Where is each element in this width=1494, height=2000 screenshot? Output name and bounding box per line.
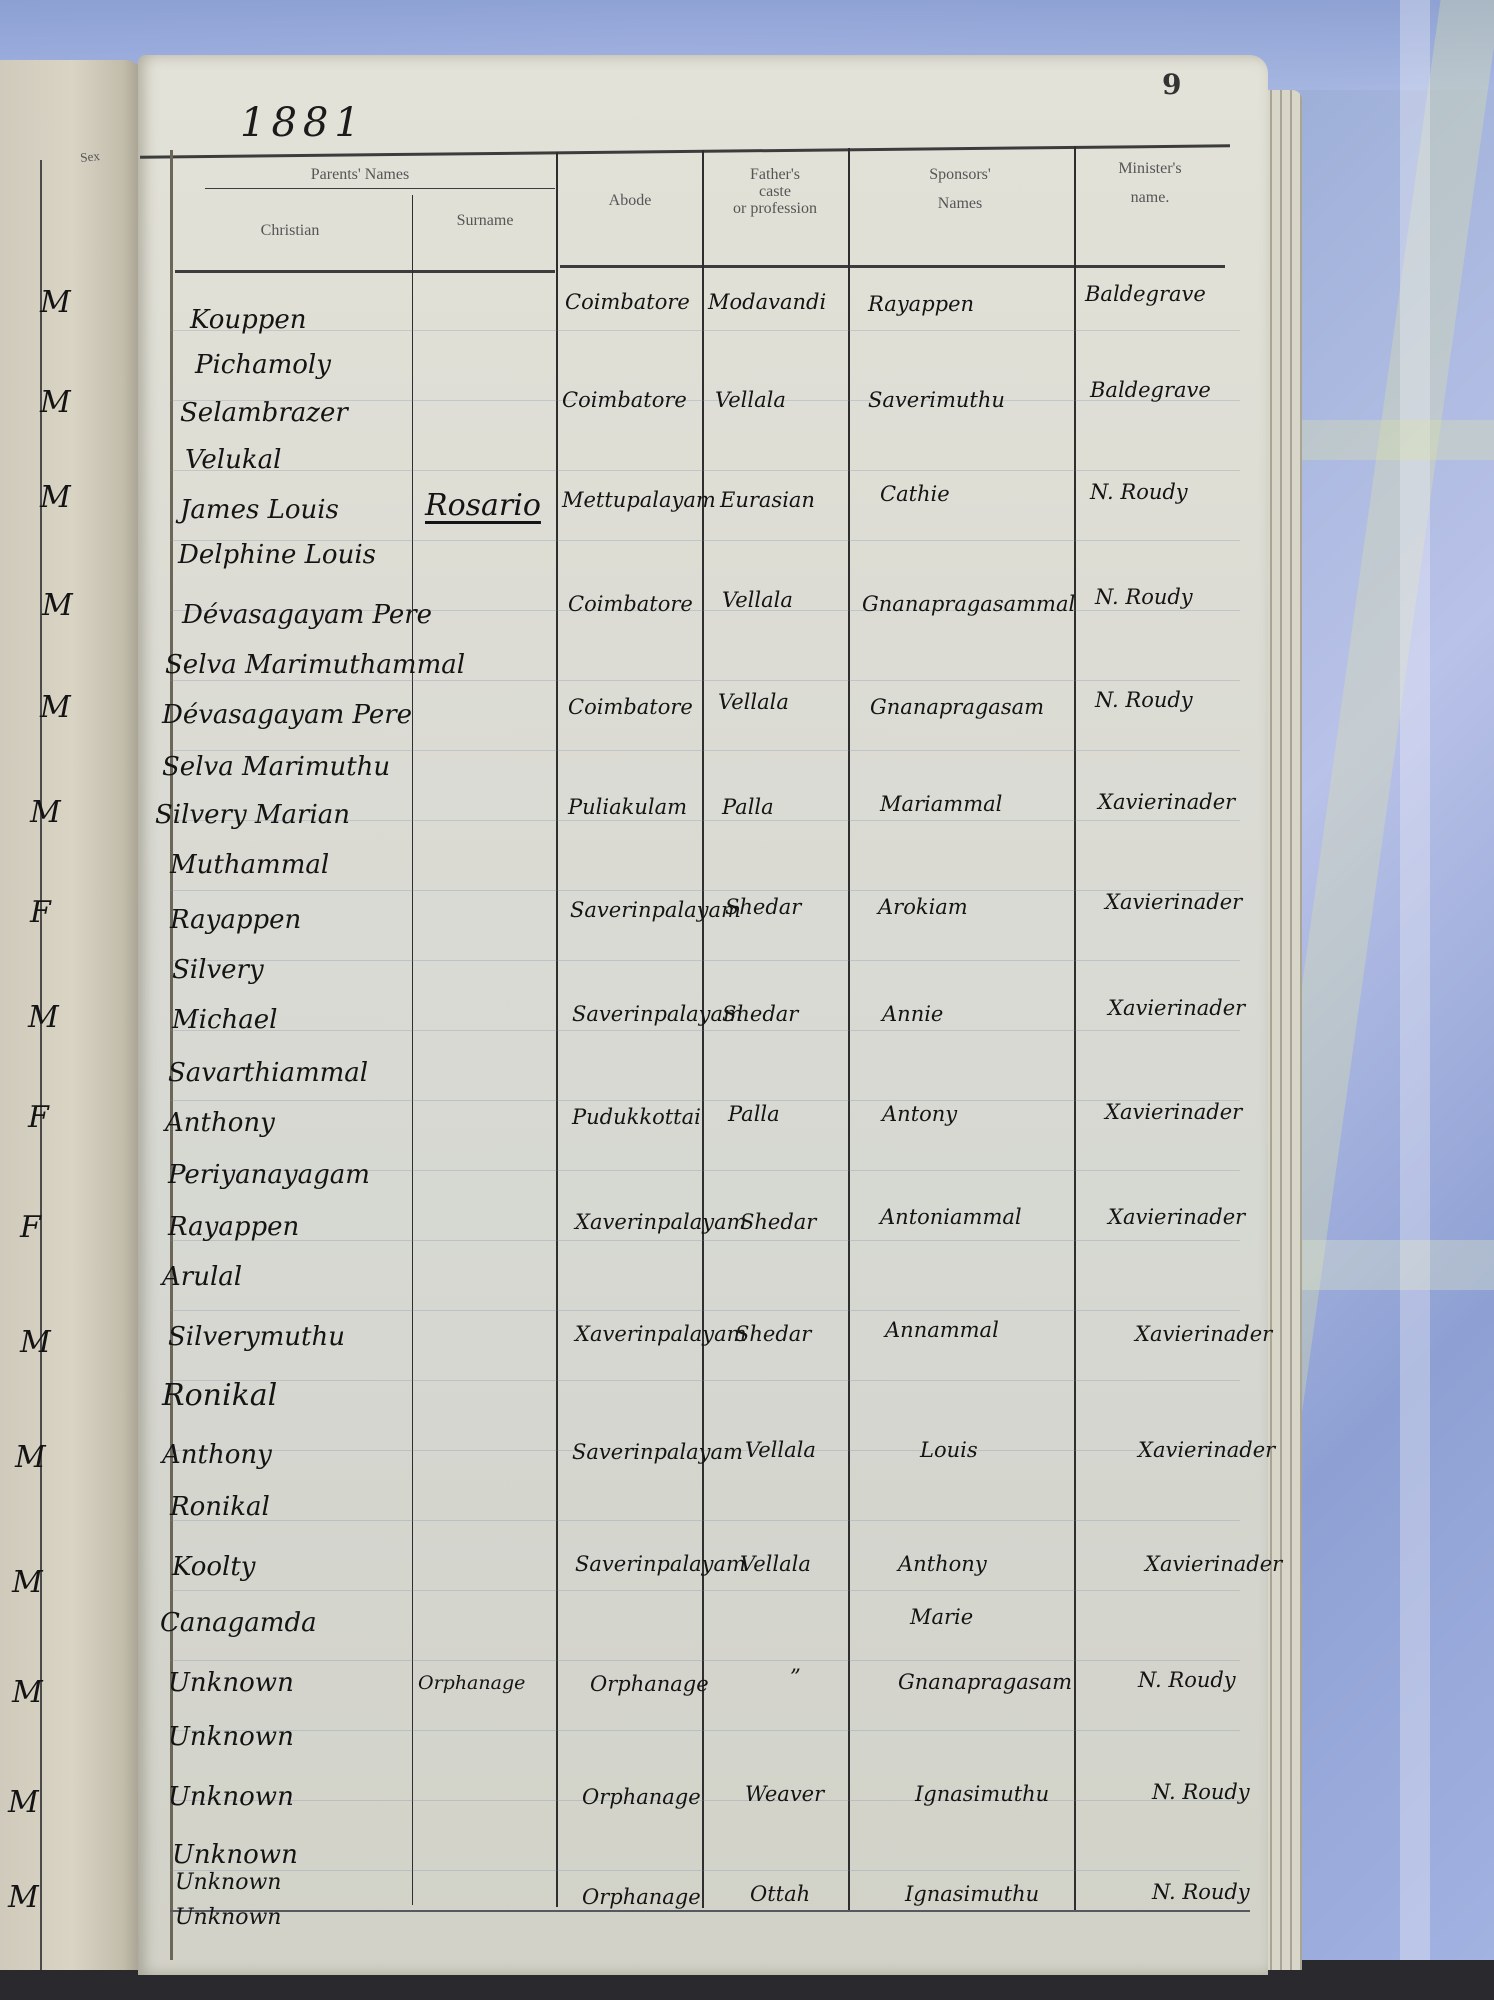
abode: Saverinpalayam	[572, 1440, 743, 1464]
mother-name: Silvery	[172, 955, 264, 985]
fathers-caste-header-line: caste	[705, 183, 845, 200]
sex-mark: M	[40, 385, 71, 420]
ledger-line	[170, 330, 1240, 331]
sex-mark: M	[42, 588, 73, 623]
ledger-line	[170, 1380, 1240, 1381]
sponsor: Louis	[920, 1438, 978, 1462]
minister: N. Roudy	[1095, 585, 1193, 609]
mother-name: Ronikal	[162, 1378, 277, 1413]
column-rule	[848, 148, 850, 1910]
mother-name: Unknown	[175, 1905, 281, 1930]
sex-header: Sex	[69, 146, 111, 167]
column-rule	[1074, 146, 1076, 1910]
caste: Vellala	[745, 1438, 816, 1462]
page-bottom-rule	[170, 1910, 1250, 1912]
sponsor-second: Marie	[910, 1605, 973, 1629]
father-name: Michael	[172, 1005, 277, 1035]
sex-mark: M	[30, 795, 61, 830]
tablecloth-stripe	[1400, 0, 1430, 2000]
parents-subheader-rule	[205, 188, 555, 189]
father-name: Koolty	[172, 1552, 255, 1582]
minister: N. Roudy	[1152, 1780, 1250, 1804]
sex-mark: M	[12, 1565, 43, 1600]
parents-names-header: Parents' Names	[250, 166, 470, 183]
minister: Xavierinader	[1098, 790, 1235, 814]
ledger-line	[170, 1870, 1240, 1871]
mother-name: Ronikal	[170, 1492, 270, 1522]
caste: Weaver	[745, 1782, 824, 1806]
ledger-line	[170, 470, 1240, 471]
sex-mark: M	[8, 1880, 39, 1915]
minister-header-line: name.	[1075, 189, 1225, 206]
sex-mark: M	[40, 690, 71, 725]
ledger-line	[170, 1030, 1240, 1031]
sex-mark: F	[30, 895, 51, 930]
caste: Palla	[728, 1102, 780, 1126]
abode: Orphanage	[582, 1885, 701, 1909]
abode: Coimbatore	[568, 695, 693, 719]
caste: Vellala	[718, 690, 789, 714]
page-number: 9	[1162, 68, 1181, 101]
surname: Rosario	[425, 488, 541, 523]
surname: Orphanage	[418, 1672, 525, 1694]
father-name: Selambrazer	[180, 398, 348, 428]
mother-name: Periyanayagam	[168, 1160, 370, 1190]
sex-mark: M	[8, 1785, 39, 1820]
abode: Saverinpalayam	[570, 898, 741, 922]
sex-mark: M	[28, 1000, 59, 1035]
surname-header: Surname	[415, 212, 555, 229]
minister: N. Roudy	[1138, 1668, 1236, 1692]
father-name: Silverymuthu	[168, 1322, 345, 1352]
father-name: Anthony	[162, 1440, 272, 1470]
year-heading: 1881	[240, 100, 366, 146]
caste: Shedar	[740, 1210, 816, 1234]
minister: N. Roudy	[1152, 1880, 1250, 1904]
header-bottom-rule	[560, 265, 1225, 268]
ledger-line	[170, 1660, 1240, 1661]
sponsor: Gnanapragasam	[870, 695, 1044, 719]
sponsor: Gnanapragasammal	[862, 592, 1075, 616]
sex-mark: M	[20, 1325, 51, 1360]
minister: Xavierinader	[1105, 890, 1242, 914]
abode: Coimbatore	[568, 592, 693, 616]
mother-name: Savarthiammal	[168, 1058, 368, 1088]
ledger-line	[170, 1240, 1240, 1241]
header-bottom-rule	[175, 270, 555, 273]
abode: Puliakulam	[568, 795, 687, 819]
caste: Palla	[722, 795, 774, 819]
abode: Coimbatore	[562, 388, 687, 412]
caste: Modavandi	[708, 290, 826, 314]
minister: Baldegrave	[1085, 282, 1206, 306]
sponsor: Anthony	[898, 1552, 987, 1576]
christian-header: Christian	[170, 222, 410, 239]
sponsor: Gnanapragasam	[898, 1670, 1072, 1694]
sex-mark: M	[40, 480, 71, 515]
ledger-line	[170, 890, 1240, 891]
mother-name: Pichamoly	[195, 350, 331, 380]
sponsor: Ignasimuthu	[915, 1782, 1049, 1806]
abode: Orphanage	[590, 1672, 709, 1696]
father-name: James Louis	[180, 495, 339, 525]
minister-header-line: Minister's	[1075, 160, 1225, 177]
fathers-caste-header-line: Father's	[705, 166, 845, 183]
ledger-line	[170, 750, 1240, 751]
father-name: Rayappen	[168, 1212, 299, 1242]
caste: Shedar	[735, 1322, 811, 1346]
mother-name: Delphine Louis	[178, 540, 376, 570]
fathers-caste-header-line: or profession	[705, 200, 845, 217]
sponsor: Annie	[882, 1002, 943, 1026]
abode: Xaverinpalayam	[575, 1322, 747, 1346]
sponsor: Cathie	[880, 482, 950, 506]
sponsors-header: Sponsors' Names	[850, 166, 1070, 212]
abode-header: Abode	[560, 192, 700, 209]
column-rule	[412, 195, 413, 1905]
sponsors-header-line: Names	[850, 195, 1070, 212]
caste: Ottah	[750, 1882, 810, 1906]
minister: Xavierinader	[1108, 996, 1245, 1020]
minister: Xavierinader	[1108, 1205, 1245, 1229]
father-name: Dévasagayam Pere	[182, 600, 432, 630]
mother-name: Canagamda	[160, 1608, 317, 1638]
father-name: Anthony	[165, 1108, 275, 1138]
ledger-line	[170, 1800, 1240, 1801]
father-name: Kouppen	[190, 305, 307, 335]
sponsor: Arokiam	[878, 895, 968, 919]
mother-name: Selva Marimuthammal	[165, 650, 465, 680]
father-name: Unknown	[175, 1870, 281, 1895]
minister: Baldegrave	[1090, 378, 1211, 402]
abode: Xaverinpalayam	[575, 1210, 747, 1234]
mother-name: Unknown	[172, 1840, 298, 1870]
mother-name: Velukal	[185, 445, 281, 475]
page-edges	[1262, 90, 1302, 1970]
minister: Xavierinader	[1138, 1438, 1275, 1462]
minister: N. Roudy	[1095, 688, 1193, 712]
sex-mark: M	[40, 285, 71, 320]
ledger-line	[170, 1730, 1240, 1731]
minister: Xavierinader	[1105, 1100, 1242, 1124]
caste: ”	[790, 1665, 801, 1689]
sex-mark: M	[12, 1675, 43, 1710]
sponsor: Antoniammal	[880, 1205, 1022, 1229]
tablecloth-stripe	[1280, 420, 1494, 460]
sponsor: Mariammal	[880, 792, 1002, 816]
sponsor: Antony	[882, 1102, 957, 1126]
father-name: Rayappen	[170, 905, 301, 935]
ledger-line	[170, 680, 1240, 681]
caste: Vellala	[715, 388, 786, 412]
father-name: Dévasagayam Pere	[162, 700, 412, 730]
mother-name: Arulal	[162, 1262, 242, 1292]
minister-header: Minister's name.	[1075, 160, 1225, 206]
ledger-line	[170, 1590, 1240, 1591]
sponsor: Annammal	[885, 1318, 999, 1342]
abode: Orphanage	[582, 1785, 701, 1809]
abode: Coimbatore	[565, 290, 690, 314]
ledger-line	[170, 1100, 1240, 1101]
tablecloth-stripe	[1280, 1240, 1494, 1290]
father-name: Unknown	[168, 1782, 294, 1812]
caste: Eurasian	[720, 488, 815, 512]
sponsor: Saverimuthu	[868, 388, 1005, 412]
abode: Pudukkottai	[572, 1105, 701, 1129]
mother-name: Muthammal	[170, 850, 329, 880]
mother-name: Unknown	[168, 1722, 294, 1752]
abode: Saverinpalayam	[572, 1002, 743, 1026]
father-name: Unknown	[168, 1668, 294, 1698]
abode: Saverinpalayam	[575, 1552, 746, 1576]
minister: N. Roudy	[1090, 480, 1188, 504]
minister: Xavierinader	[1135, 1322, 1272, 1346]
column-rule	[702, 150, 704, 1908]
caste: Shedar	[722, 1002, 798, 1026]
caste: Shedar	[725, 895, 801, 919]
ledger-line	[170, 1520, 1240, 1521]
mother-name: Selva Marimuthu	[162, 752, 390, 782]
fathers-caste-header: Father's caste or profession	[705, 166, 845, 217]
sex-mark: F	[28, 1100, 49, 1135]
sponsors-header-line: Sponsors'	[850, 166, 1070, 183]
sex-mark: F	[20, 1210, 41, 1245]
father-name: Silvery Marian	[155, 800, 350, 830]
caste: Vellala	[740, 1552, 811, 1576]
sponsor: Rayappen	[868, 292, 974, 316]
sex-mark: M	[15, 1440, 46, 1475]
abode: Mettupalayam	[562, 488, 716, 512]
minister: Xavierinader	[1145, 1552, 1282, 1576]
sponsor: Ignasimuthu	[905, 1882, 1039, 1906]
caste: Vellala	[722, 588, 793, 612]
ledger-line	[170, 960, 1240, 961]
ledger-line	[170, 1310, 1240, 1311]
